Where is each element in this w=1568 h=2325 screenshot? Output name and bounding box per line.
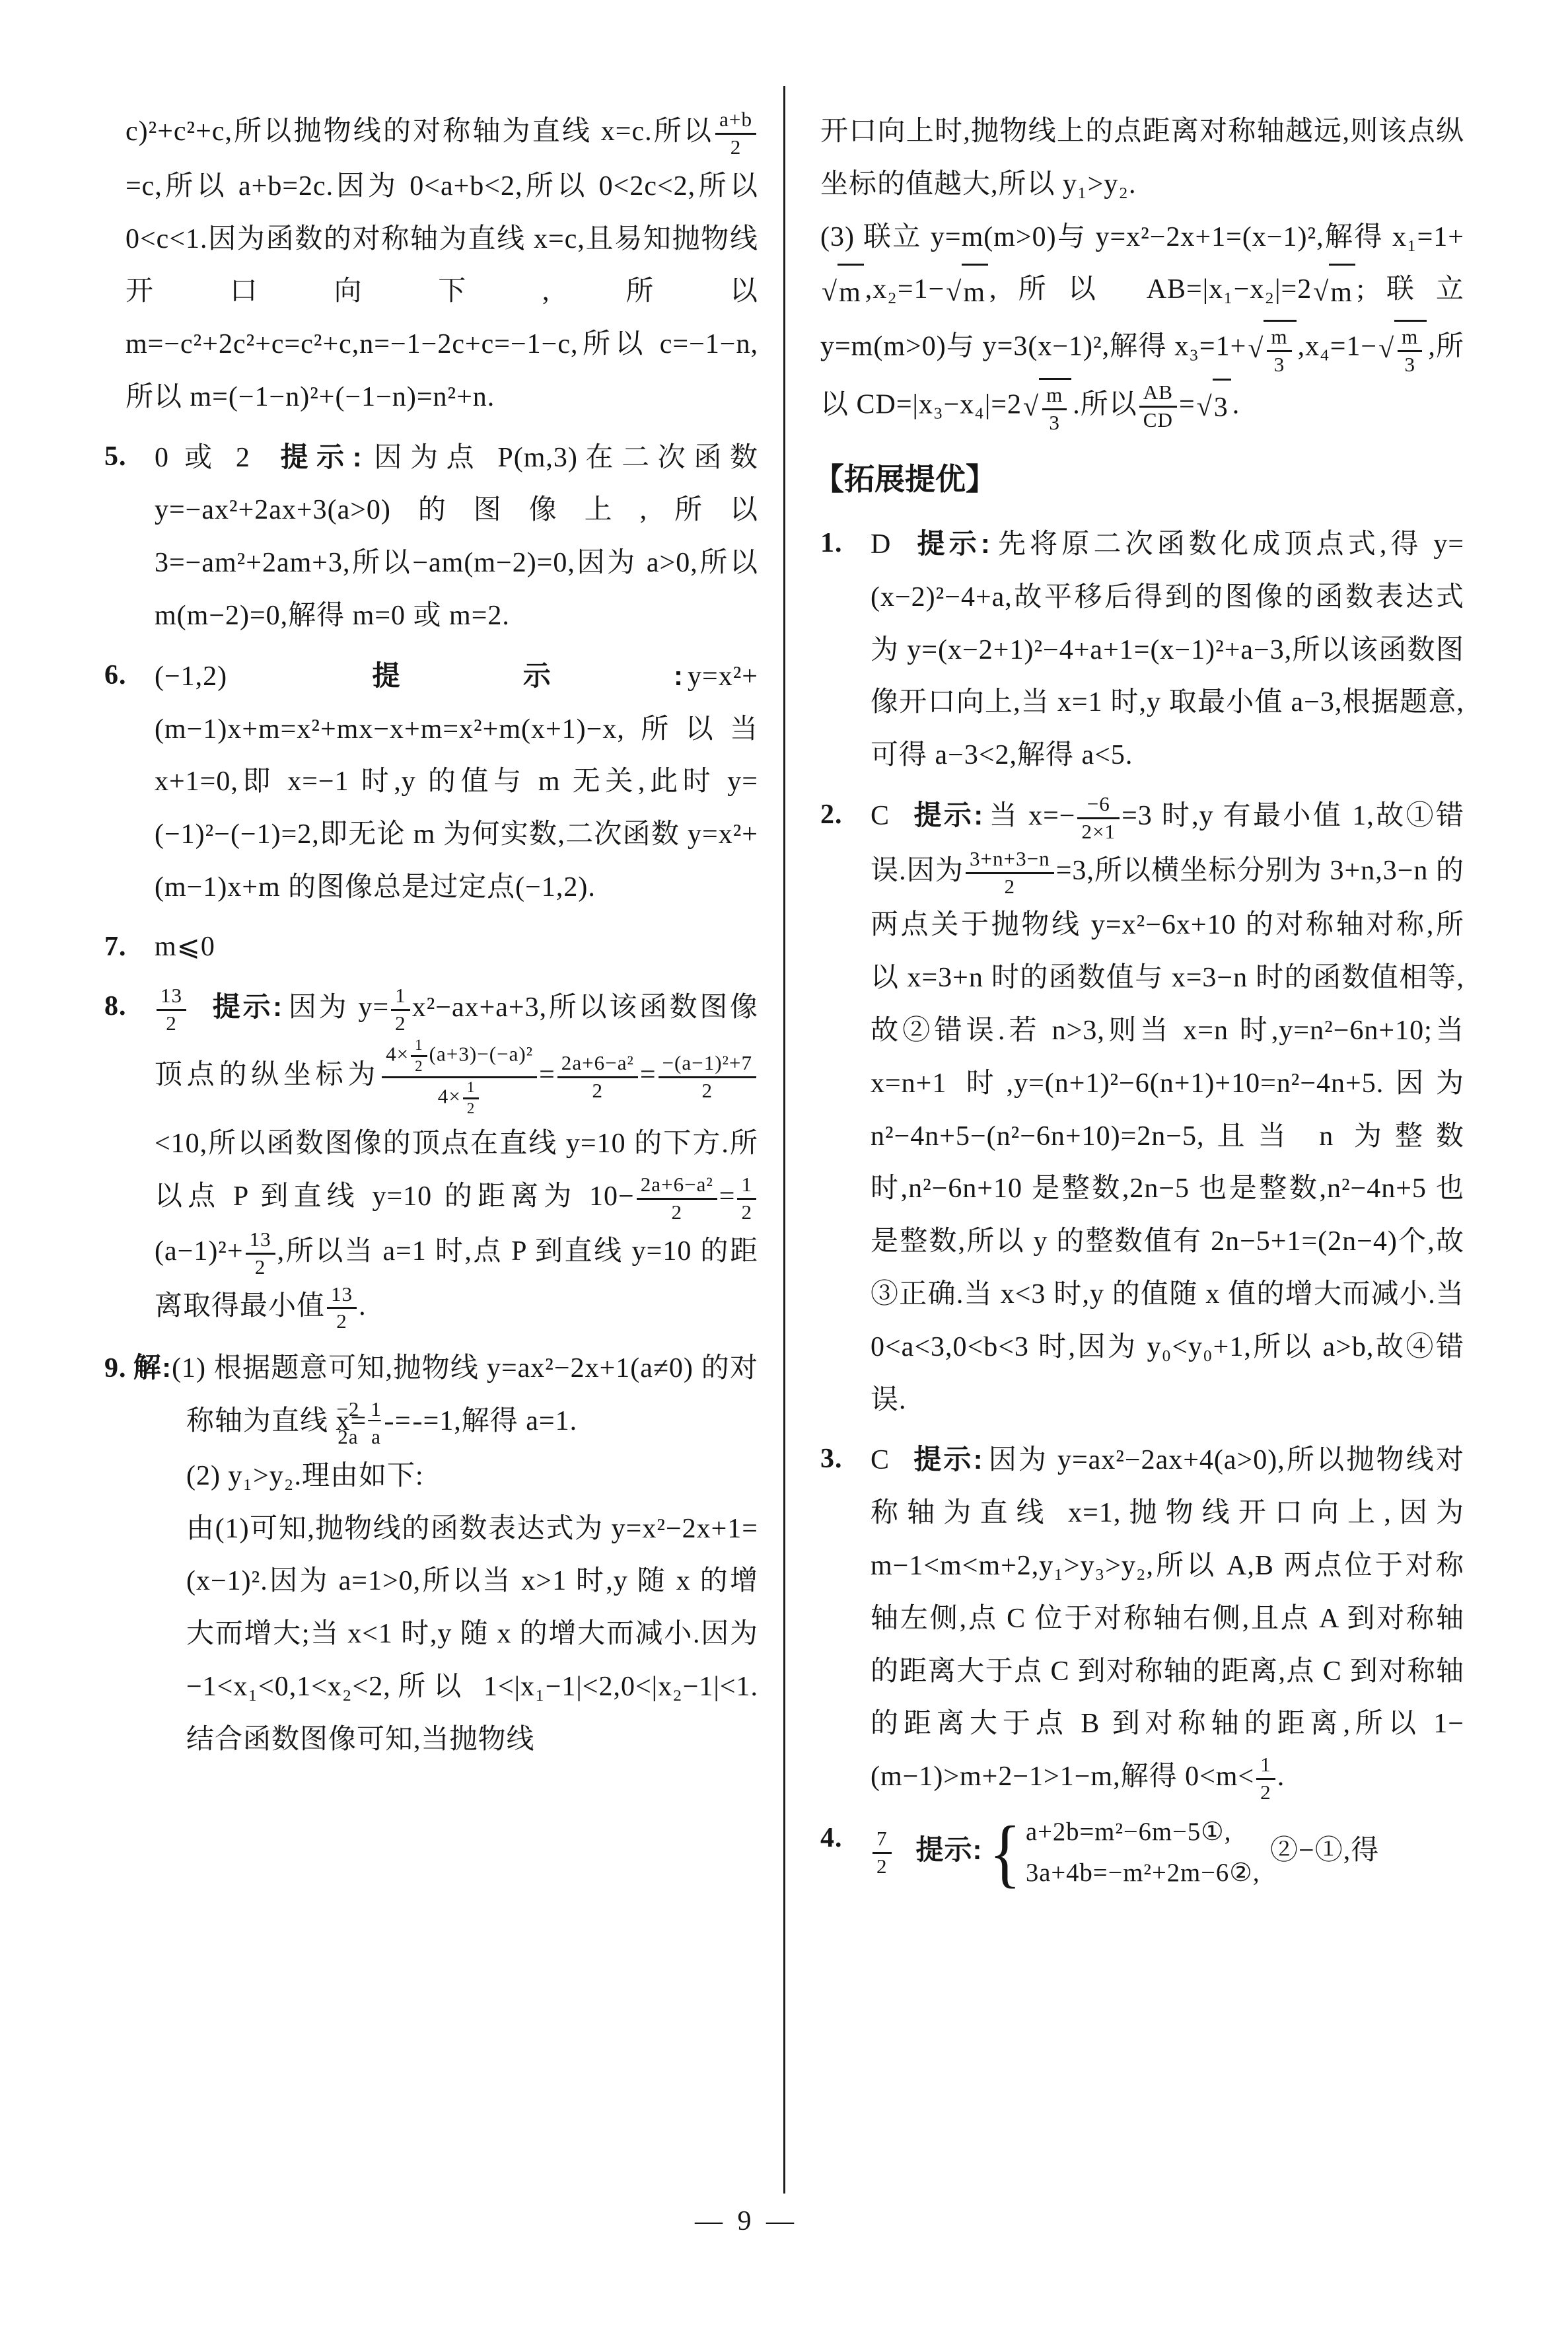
item-body: (−1,2)提示:y=x²+(m−1)x+m=x²+mx−x+m=x²+m(x+… <box>155 649 758 914</box>
column-divider <box>783 86 785 2194</box>
continuation-paragraph: 开口向上时,抛物线上的点距离对称轴越远,则该点纵坐标的值越大,所以 y₁>y₂. <box>820 106 1464 211</box>
hint-label: 提示: <box>913 528 990 559</box>
left-column: c)²+c²+c,所以抛物线的对称轴为直线 x=c.所以a+b2=c,所以 a+… <box>104 106 758 1767</box>
hint-label: 提示: <box>273 441 363 472</box>
item-text: 先将原二次函数化成顶点式,得 y=(x−2)²−4+a,故平移后得到的图像的函数… <box>871 529 1464 770</box>
hint-label: 提示: <box>250 660 684 691</box>
item-answer: 0 或 2 <box>155 443 250 473</box>
solution-paragraph: 9.解:(1) 根据题意可知,抛物线 y=ax²−2x+1(a≠0) 的对称轴为… <box>186 1341 758 1450</box>
item-number: 6. <box>104 649 155 914</box>
answer-item-3: 3. C提示:因为 y=ax²−2ax+4(a>0),所以抛物线对称轴为直线 x… <box>820 1433 1464 1805</box>
item-body: 132提示:因为 y=12x²−ax+a+3,所以该函数图像顶点的纵坐标为4×1… <box>155 980 758 1335</box>
page-number: — 9 — <box>660 2205 832 2237</box>
item-number: 7. <box>104 921 155 974</box>
item-answer: 72 <box>871 1835 894 1866</box>
item-text: 因为 y=ax²−2ax+4(a>0),所以抛物线对称轴为直线 x=1,抛物线开… <box>871 1445 1464 1792</box>
item-number: 5. <box>104 431 155 643</box>
item-text: 因为 y=12x²−ax+a+3,所以该函数图像顶点的纵坐标为4×12(a+3)… <box>155 992 758 1321</box>
item-number: 4. <box>820 1812 871 1894</box>
answer-item-4: 4. 72提示:{a+2b=m²−6m−5①,3a+4b=−m²+2m−6②, … <box>820 1812 1464 1894</box>
item-answer: (−1,2) <box>155 661 227 692</box>
solution-paragraph: 由(1)可知,抛物线的函数表达式为 y=x²−2x+1=(x−1)².因为 a=… <box>186 1503 758 1767</box>
item-body: 0 或 2提示:因为点 P(m,3)在二次函数 y=−ax²+2ax+3(a>0… <box>155 431 758 643</box>
item-answer: m⩽0 <box>155 932 215 962</box>
item-text: y=x²+(m−1)x+m=x²+mx−x+m=x²+m(x+1)−x,所以当 … <box>155 661 758 903</box>
item-text: 当 x=−−62×1=3 时,y 有最小值 1,故①错误.因为3+n+3−n2=… <box>871 801 1464 1415</box>
right-column: 开口向上时,抛物线上的点距离对称轴越远,则该点纵坐标的值越大,所以 y₁>y₂.… <box>820 106 1464 1894</box>
item-answer: C <box>871 801 890 831</box>
item-number: 3. <box>820 1433 871 1805</box>
item-body: 72提示:{a+2b=m²−6m−5①,3a+4b=−m²+2m−6②, ②−①… <box>871 1812 1464 1894</box>
hint-label: 提示: <box>912 799 983 830</box>
item-body: C提示:当 x=−−62×1=3 时,y 有最小值 1,故①错误.因为3+n+3… <box>871 789 1464 1426</box>
item-number: 2. <box>820 789 871 1426</box>
continuation-paragraph: (3) 联立 y=m(m>0)与 y=x²−2x+1=(x−1)²,解得 x₁=… <box>820 211 1464 436</box>
item-number: 8. <box>104 980 155 1335</box>
item-text: (1) 根据题意可知,抛物线 y=ax²−2x+1(a≠0) 的对称轴为直线 x… <box>172 1353 758 1436</box>
answer-item-5: 5. 0 或 2提示:因为点 P(m,3)在二次函数 y=−ax²+2ax+3(… <box>104 431 758 643</box>
item-body: m⩽0 <box>155 921 758 974</box>
hint-label: 提示: <box>211 991 283 1022</box>
answer-item-7: 7. m⩽0 <box>104 921 758 974</box>
answer-item-8: 8. 132提示:因为 y=12x²−ax+a+3,所以该函数图像顶点的纵坐标为… <box>104 980 758 1335</box>
answer-item-1: 1. D提示:先将原二次函数化成顶点式,得 y=(x−2)²−4+a,故平移后得… <box>820 517 1464 782</box>
item-body: C提示:因为 y=ax²−2ax+4(a>0),所以抛物线对称轴为直线 x=1,… <box>871 1433 1464 1805</box>
item-answer: D <box>871 529 891 560</box>
item-number: 1. <box>820 517 871 782</box>
item-body: D提示:先将原二次函数化成顶点式,得 y=(x−2)²−4+a,故平移后得到的图… <box>871 517 1464 782</box>
item-number: 9. <box>104 1353 127 1384</box>
hint-label: 提示: <box>916 1834 983 1865</box>
continuation-paragraph: c)²+c²+c,所以抛物线的对称轴为直线 x=c.所以a+b2=c,所以 a+… <box>125 106 758 424</box>
item-text: {a+2b=m²−6m−5①,3a+4b=−m²+2m−6②, ②−①,得 <box>987 1835 1380 1866</box>
item-answer: C <box>871 1445 890 1475</box>
solution-paragraph: (2) y₁>y₂.理由如下: <box>186 1450 758 1503</box>
answer-item-2: 2. C提示:当 x=−−62×1=3 时,y 有最小值 1,故①错误.因为3+… <box>820 789 1464 1426</box>
answer-item-6: 6. (−1,2)提示:y=x²+(m−1)x+m=x²+mx−x+m=x²+m… <box>104 649 758 914</box>
item-answer: 132 <box>155 992 188 1023</box>
solve-label: 解: <box>133 1352 172 1383</box>
hint-label: 提示: <box>912 1444 983 1475</box>
section-header: 【拓展提优】 <box>814 451 1464 508</box>
answer-item-9: 9.解:(1) 根据题意可知,抛物线 y=ax²−2x+1(a≠0) 的对称轴为… <box>186 1341 758 1766</box>
